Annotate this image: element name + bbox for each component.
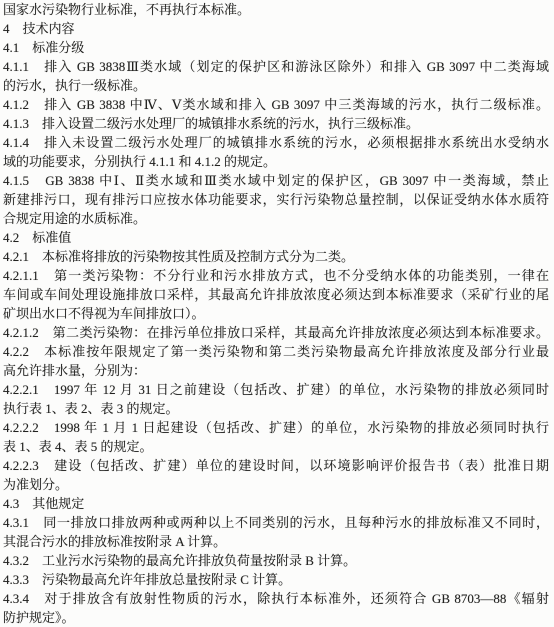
clause-4-3-4-line-2: 防护规定》。 — [0, 608, 554, 627]
clause-4-2-1-1-line-3: 矿坝出水口不得视为车间排放口）。 — [0, 304, 554, 323]
document-page: 国家水污染物行业标准，不再执行本标准。 4 技术内容 4.1 标准分级 4.1.… — [0, 0, 554, 627]
clause-4-1-5-line-3: 合规定用途的水质标准。 — [0, 209, 554, 228]
clause-4-2-1-1-line-2: 车间或车间处理设施排放口采样，其最高允许排放浓度必须达到本标准要求（采矿行业的尾 — [0, 285, 554, 304]
clause-4-1-4-line-2: 域的功能要求，分别执行 4.1.1 和 4.1.2 的规定。 — [0, 152, 554, 171]
clause-4-1-5-line-1: 4.1.5 GB 3838 中Ⅰ、Ⅱ类水域和Ⅲ类水域中划定的保护区，GB 309… — [0, 171, 554, 190]
clause-4-2-1-1-line-1: 4.2.1.1 第一类污染物：不分行业和污水排放方式，也不分受纳水体的功能类别，… — [0, 266, 554, 285]
clause-4-2-2-1-line-1: 4.2.2.1 1997 年 12 月 31 日之前建设（包括改、扩建）的单位，… — [0, 380, 554, 399]
clause-4-3-4-line-1: 4.3.4 对于排放含有放射性物质的污水，除执行本标准外，还须符合 GB 870… — [0, 589, 554, 608]
section-heading-4-2: 4.2 标准值 — [0, 228, 554, 247]
clause-4-3-3: 4.3.3 污染物最高允许年排放总量按附录 C 计算。 — [0, 570, 554, 589]
clause-4-2-2-1-line-2: 执行表 1、表 2、表 3 的规定。 — [0, 399, 554, 418]
clause-4-2-1: 4.2.1 本标准将排放的污染物按其性质及控制方式分为二类。 — [0, 247, 554, 266]
clause-4-2-2-3-line-1: 4.2.2.3 建设（包括改、扩建）单位的建设时间，以环境影响评价报告书（表）批… — [0, 456, 554, 475]
clause-4-1-1-line-2: 的污水，执行一级标准。 — [0, 76, 554, 95]
clause-4-2-2-3-line-2: 为准划分。 — [0, 475, 554, 494]
clause-4-2-2-line-2: 高允许排水量，分别为： — [0, 361, 554, 380]
doc-line-continuation: 国家水污染物行业标准，不再执行本标准。 — [0, 0, 554, 19]
section-heading-4: 4 技术内容 — [0, 19, 554, 38]
clause-4-3-1-line-1: 4.3.1 同一排放口排放两种或两种以上不同类别的污水，且每种污水的排放标准又不… — [0, 513, 554, 532]
clause-4-1-4-line-1: 4.1.4 排入未设置二级污水处理厂的城镇排水系统的污水，必须根据排水系统出水受… — [0, 133, 554, 152]
clause-4-2-2-2-line-2: 表 1、表 4、表 5 的规定。 — [0, 437, 554, 456]
section-heading-4-1: 4.1 标准分级 — [0, 38, 554, 57]
clause-4-1-5-line-2: 新建排污口，现有排污口应按水体功能要求，实行污染物总量控制，以保证受纳水体水质符 — [0, 190, 554, 209]
clause-4-3-2: 4.3.2 工业污水污染物的最高允许排放负荷量按附录 B 计算。 — [0, 551, 554, 570]
clause-4-1-2: 4.1.2 排入 GB 3838 中Ⅳ、Ⅴ类水域和排入 GB 3097 中三类海… — [0, 95, 554, 114]
clause-4-2-2-2-line-1: 4.2.2.2 1998 年 1 月 1 日起建设（包括改、扩建）的单位，水污染… — [0, 418, 554, 437]
clause-4-3-1-line-2: 其混合污水的排放标准按附录 A 计算。 — [0, 532, 554, 551]
clause-4-1-1-line-1: 4.1.1 排入 GB 3838Ⅲ类水域（划定的保护区和游泳区除外）和排入 GB… — [0, 57, 554, 76]
clause-4-2-2-line-1: 4.2.2 本标准按年限规定了第一类污染物和第二类污染物最高允许排放浓度及部分行… — [0, 342, 554, 361]
clause-4-2-1-2: 4.2.1.2 第二类污染物：在排污单位排放口采样，其最高允许排放浓度必须达到本… — [0, 323, 554, 342]
clause-4-1-3: 4.1.3 排入设置二级污水处理厂的城镇排水系统的污水，执行三级标准。 — [0, 114, 554, 133]
section-heading-4-3: 4.3 其他规定 — [0, 494, 554, 513]
